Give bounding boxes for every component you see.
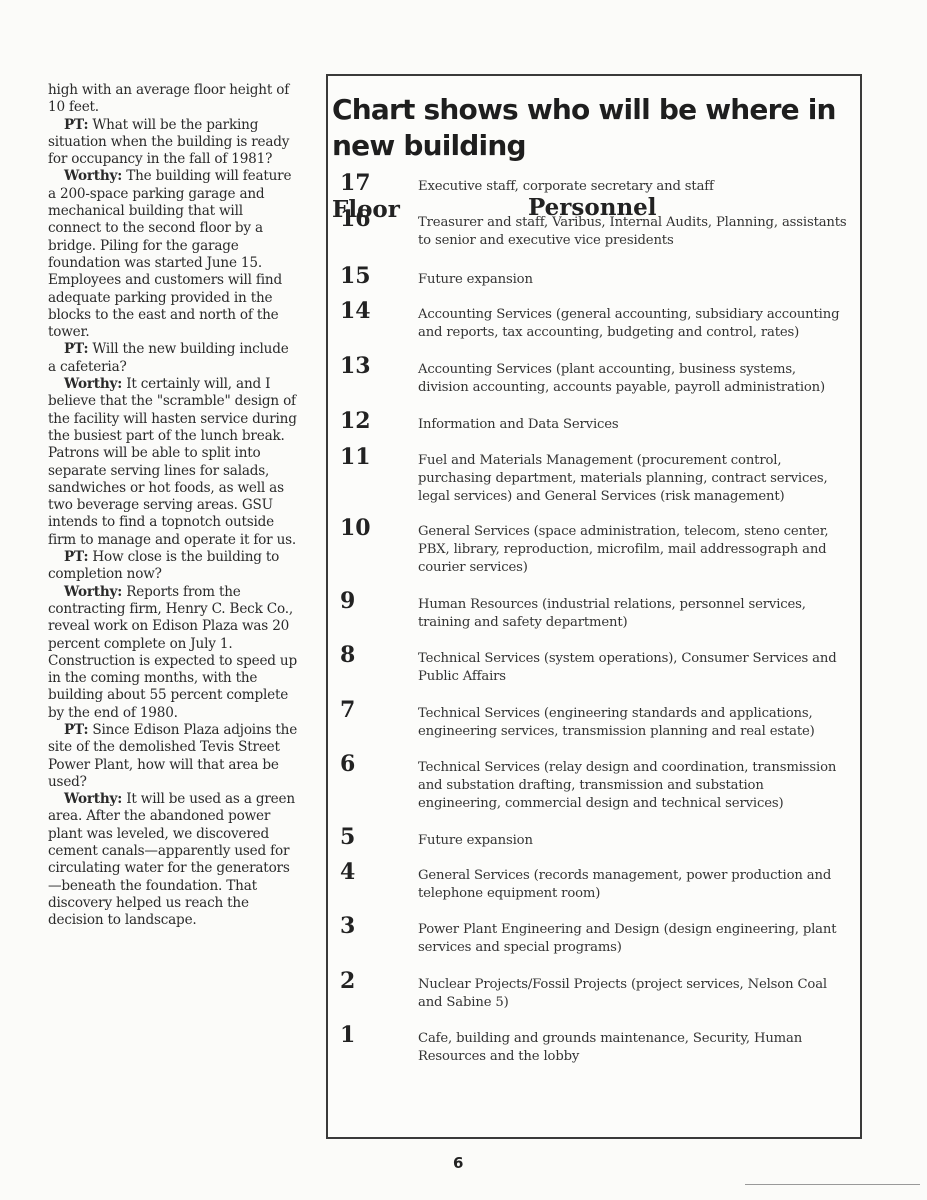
- floor-personnel: Treasurer and staff, Varibus, Internal A…: [418, 214, 850, 250]
- floor-number: 11: [340, 444, 386, 470]
- speaker-label: Worthy:: [64, 584, 122, 600]
- speaker-label: PT:: [64, 549, 88, 565]
- speaker-label: Worthy:: [64, 791, 122, 807]
- floor-number: 3: [340, 913, 386, 939]
- interview-column: high with an average floor height of 10 …: [48, 82, 298, 930]
- speaker-label: Worthy:: [64, 376, 122, 392]
- floor-number: 4: [340, 859, 386, 885]
- floor-personnel: Fuel and Materials Management (procureme…: [418, 452, 850, 506]
- paragraph-text: It certainly will, and I believe that th…: [48, 376, 297, 548]
- speaker-label: Worthy:: [64, 168, 122, 184]
- floor-personnel: Accounting Services (general accounting,…: [418, 306, 850, 342]
- question-paragraph: PT: What will be the parking situation w…: [48, 117, 298, 169]
- answer-paragraph: Worthy: Reports from the contracting fir…: [48, 584, 298, 722]
- paragraph-text: high with an average floor height of 10 …: [48, 82, 289, 115]
- floor-number: 16: [340, 206, 386, 232]
- question-paragraph: PT: Will the new building include a cafe…: [48, 341, 298, 376]
- paragraph-text: The building will feature a 200-space pa…: [48, 168, 291, 340]
- floor-personnel: Cafe, building and grounds maintenance, …: [418, 1030, 850, 1066]
- floor-number: 10: [340, 515, 386, 541]
- paragraph-text: It will be used as a green area. After t…: [48, 791, 295, 928]
- floor-personnel: Power Plant Engineering and Design (desi…: [418, 921, 850, 957]
- floor-personnel: General Services (space administration, …: [418, 523, 850, 577]
- paragraph-text: Reports from the contracting firm, Henry…: [48, 584, 297, 721]
- floor-personnel: Executive staff, corporate secretary and…: [418, 178, 850, 196]
- floor-number: 7: [340, 697, 386, 723]
- floor-number: 6: [340, 751, 386, 777]
- chart-title: Chart shows who will be where in new bui…: [332, 92, 852, 164]
- floor-personnel: Technical Services (system operations), …: [418, 650, 850, 686]
- floor-number: 1: [340, 1022, 386, 1048]
- floor-personnel: Nuclear Projects/Fossil Projects (projec…: [418, 976, 850, 1012]
- floor-personnel: Future expansion: [418, 832, 850, 850]
- floor-personnel: Technical Services (engineering standard…: [418, 705, 850, 741]
- answer-paragraph: Worthy: The building will feature a 200-…: [48, 168, 298, 341]
- speaker-label: PT:: [64, 341, 88, 357]
- floor-personnel: Accounting Services (plant accounting, b…: [418, 361, 850, 397]
- floor-personnel: Future expansion: [418, 271, 850, 289]
- floor-number: 17: [340, 170, 386, 196]
- floor-number: 5: [340, 824, 386, 850]
- floor-number: 8: [340, 642, 386, 668]
- speaker-label: PT:: [64, 722, 88, 738]
- floor-personnel: General Services (records management, po…: [418, 867, 850, 903]
- floor-chart-box: Chart shows who will be where in new bui…: [326, 74, 862, 1139]
- question-paragraph: PT: Since Edison Plaza adjoins the site …: [48, 722, 298, 791]
- page-number: 6: [453, 1154, 463, 1172]
- floor-number: 2: [340, 968, 386, 994]
- answer-paragraph: Worthy: It certainly will, and I believe…: [48, 376, 298, 549]
- floor-number: 12: [340, 408, 386, 434]
- floor-number: 14: [340, 298, 386, 324]
- speaker-label: PT:: [64, 117, 88, 133]
- floor-personnel: Technical Services (relay design and coo…: [418, 759, 850, 813]
- floor-number: 13: [340, 353, 386, 379]
- divider-line: [745, 1184, 920, 1185]
- floor-number: 15: [340, 263, 386, 289]
- question-paragraph: PT: How close is the building to complet…: [48, 549, 298, 584]
- floor-number: 9: [340, 588, 386, 614]
- paragraph: high with an average floor height of 10 …: [48, 82, 298, 117]
- answer-paragraph: Worthy: It will be used as a green area.…: [48, 791, 298, 929]
- floor-personnel: Human Resources (industrial relations, p…: [418, 596, 850, 632]
- floor-personnel: Information and Data Services: [418, 416, 850, 434]
